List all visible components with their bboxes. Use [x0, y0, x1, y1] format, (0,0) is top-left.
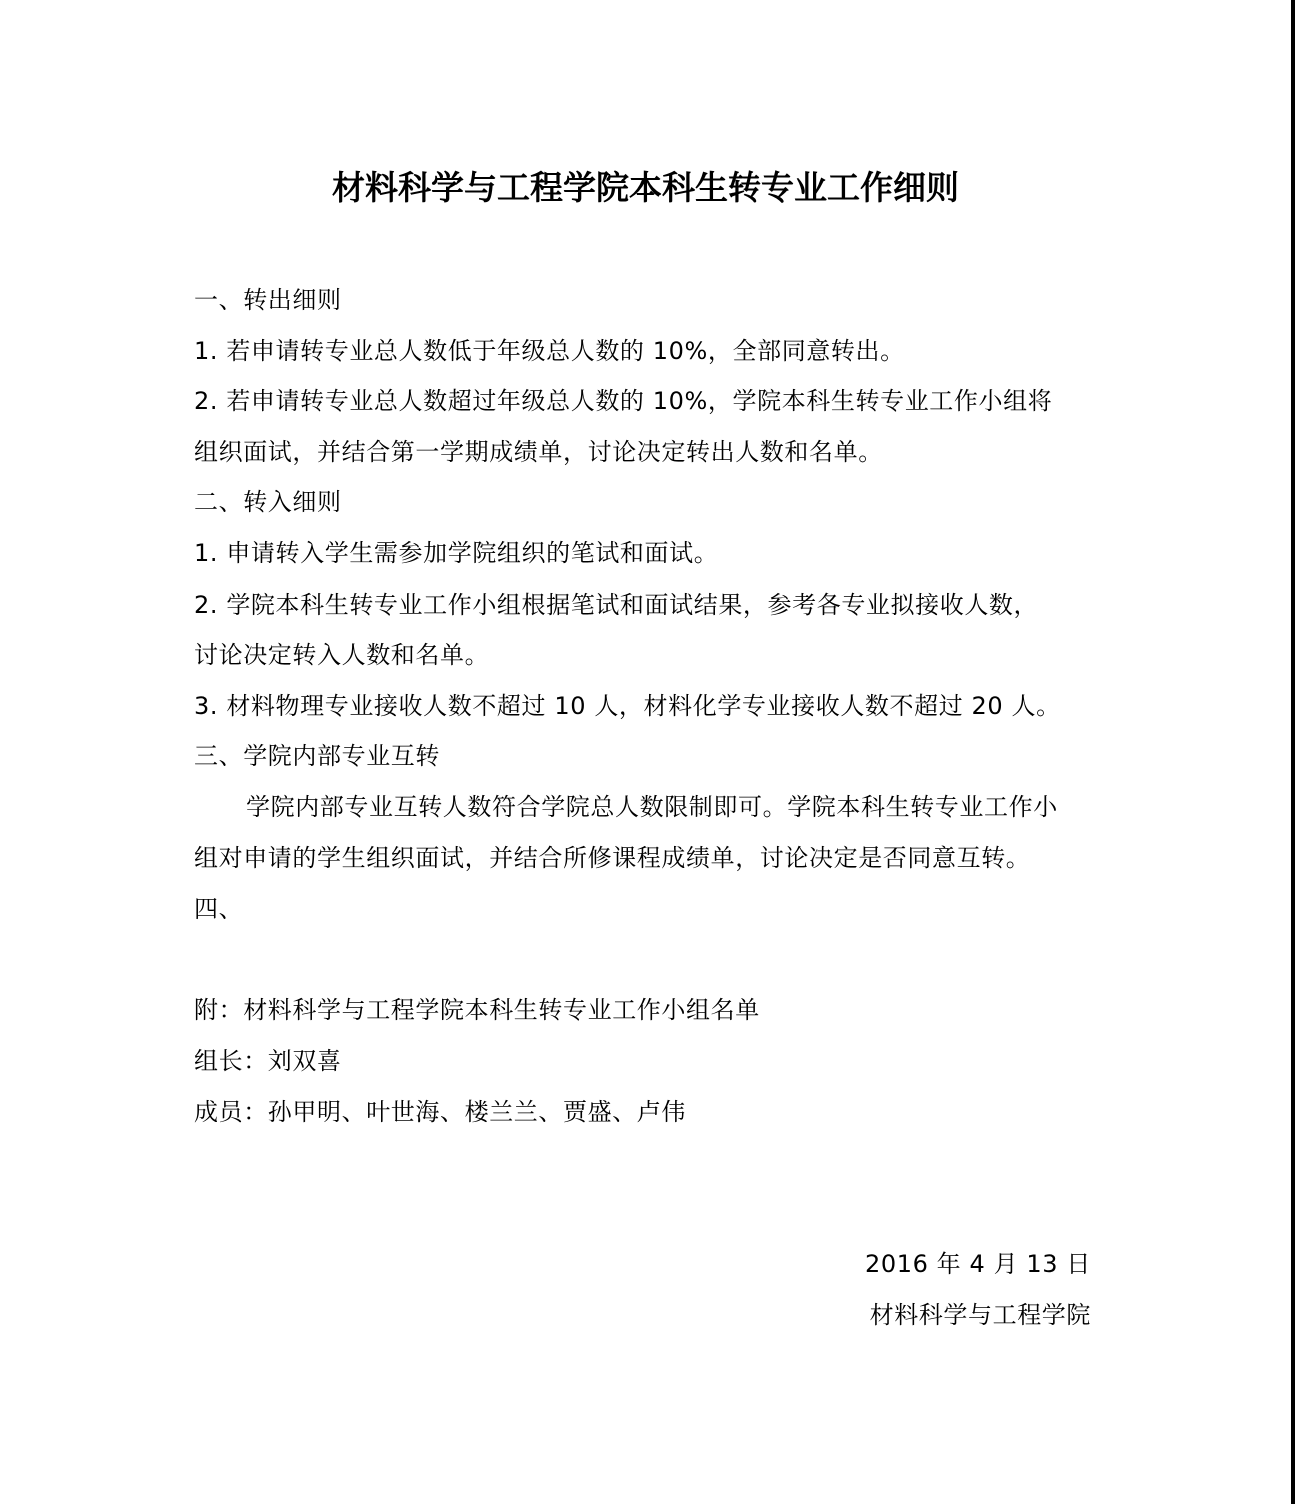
section-1-line-2: 2. 若申请转专业总人数超过年级总人数的 10%，学院本科生转专业工作小组将 — [194, 385, 1052, 417]
appendix-members: 成员：孙甲明、叶世海、楼兰兰、贾盛、卢伟 — [194, 1096, 686, 1128]
section-3-heading: 三、学院内部专业互转 — [194, 740, 440, 772]
section-2-line-2: 2. 学院本科生转专业工作小组根据笔试和面试结果，参考各专业拟接收人数， — [194, 589, 1038, 621]
section-3-line-1: 学院内部专业互转人数符合学院总人数限制即可。学院本科生转专业工作小 — [246, 791, 1058, 823]
section-1-line-3: 组织面试，并结合第一学期成绩单，讨论决定转出人数和名单。 — [194, 436, 883, 468]
section-2-line-4: 3. 材料物理专业接收人数不超过 10 人，材料化学专业接收人数不超过 20 人… — [194, 690, 1061, 722]
section-2-line-1: 1. 申请转入学生需参加学院组织的笔试和面试。 — [194, 537, 718, 569]
footer-issuer: 材料科学与工程学院 — [870, 1299, 1091, 1331]
appendix-leader: 组长：刘双喜 — [194, 1045, 342, 1077]
appendix-title: 附：材料科学与工程学院本科生转专业工作小组名单 — [194, 994, 760, 1026]
section-4-heading: 四、 — [194, 893, 243, 925]
document-page: 材料科学与工程学院本科生转专业工作细则 一、转出细则 1. 若申请转专业总人数低… — [0, 0, 1291, 1504]
section-1-line-1: 1. 若申请转专业总人数低于年级总人数的 10%，全部同意转出。 — [194, 335, 905, 367]
section-2-line-3: 讨论决定转入人数和名单。 — [194, 639, 489, 671]
section-3-line-2: 组对申请的学生组织面试，并结合所修课程成绩单，讨论决定是否同意互转。 — [194, 842, 1030, 874]
section-2-heading: 二、转入细则 — [194, 486, 342, 518]
footer-date: 2016 年 4 月 13 日 — [865, 1248, 1091, 1280]
section-1-heading: 一、转出细则 — [194, 284, 342, 316]
document-title: 材料科学与工程学院本科生转专业工作细则 — [0, 166, 1291, 210]
right-edge-border — [1291, 0, 1295, 1504]
